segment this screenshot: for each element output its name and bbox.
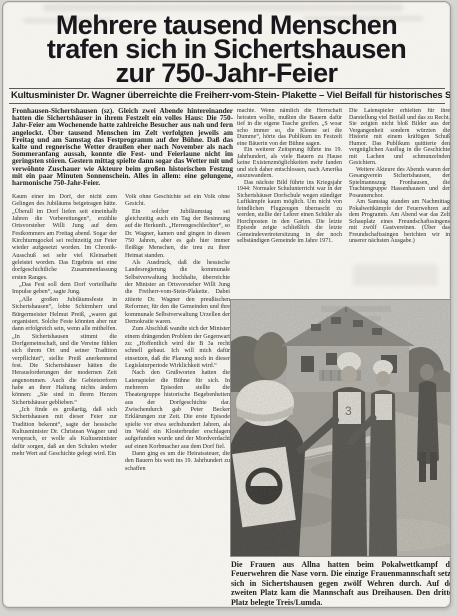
body-paragraph: Nach den Grußworten hatten die Laienspie…	[125, 370, 230, 451]
body-paragraph: Die Laienspieler erhielten für ihre Dars…	[349, 108, 450, 167]
body-paragraph: Ein weiterer Zeitsprung führte ins 19. J…	[237, 147, 342, 180]
body-paragraph: Weitere Akteure des Abends waren der Ges…	[349, 167, 450, 200]
newspaper-clipping-scan: Mehrere tausend Menschen trafen sich in …	[2, 1, 451, 608]
article-subheadline: Kultusminister Dr. Wagner überreichte di…	[11, 90, 450, 101]
article-column-3: machte. Wenn nämlich die Herrschaft heir…	[237, 108, 342, 296]
body-paragraph: „Ich finde es großartig, daß sich Sicher…	[12, 407, 117, 458]
body-paragraph: Volk ohne Geschichte sei ein Volk ohne G…	[125, 194, 230, 209]
body-paragraph: machte. Wenn nämlich die Herrschaft heir…	[237, 108, 342, 147]
article-column-1: Kaum einer im Dorf, der nicht zum Geling…	[12, 194, 117, 488]
rule-above-subheadline	[9, 88, 445, 89]
body-paragraph: Als Ausdruck, daß die hessische Landesre…	[125, 260, 230, 326]
body-paragraph: Am Samstag standen am Nachmittag Pokalwe…	[349, 199, 450, 245]
article-photo: 3	[231, 300, 451, 556]
lead-paragraph: Fronhausen-Sichertshausen (sz). Gleich z…	[12, 108, 233, 192]
article-headline: Mehrere tausend Menschen trafen sich in …	[3, 13, 450, 85]
body-paragraph: Kaum einer im Dorf, der nicht zum Geling…	[12, 194, 117, 282]
article-column-4: Die Laienspieler erhielten für ihre Dars…	[349, 108, 450, 273]
body-paragraph: Zum Abschluß wandte sich der Minister ei…	[125, 326, 230, 370]
headline-line-3: zur 750-Jahr-Feier	[3, 61, 450, 85]
photo-caption: Die Frauen aus Allna hatten beim Pokalwe…	[231, 560, 451, 606]
rule-below-subheadline	[9, 103, 445, 104]
photo-illustration: 3	[231, 300, 451, 556]
body-paragraph: „Alle großen Jubiläumsfeste in Sichertsh…	[12, 297, 117, 407]
body-paragraph: Das nächste Bild führte ins Kriegsjahr 1…	[237, 180, 342, 245]
body-paragraph: „Das Fest soll dem Dorf vorteilhafte Imp…	[12, 282, 117, 297]
body-paragraph: Dann ging es um die Heiratssteuer, die d…	[125, 451, 230, 473]
article-column-2: Volk ohne Geschichte sei ein Volk ohne G…	[125, 194, 230, 488]
photo-grain-overlay	[231, 300, 451, 556]
body-paragraph: Ein solcher Jubiläumstag sei gleichzeiti…	[125, 209, 230, 260]
